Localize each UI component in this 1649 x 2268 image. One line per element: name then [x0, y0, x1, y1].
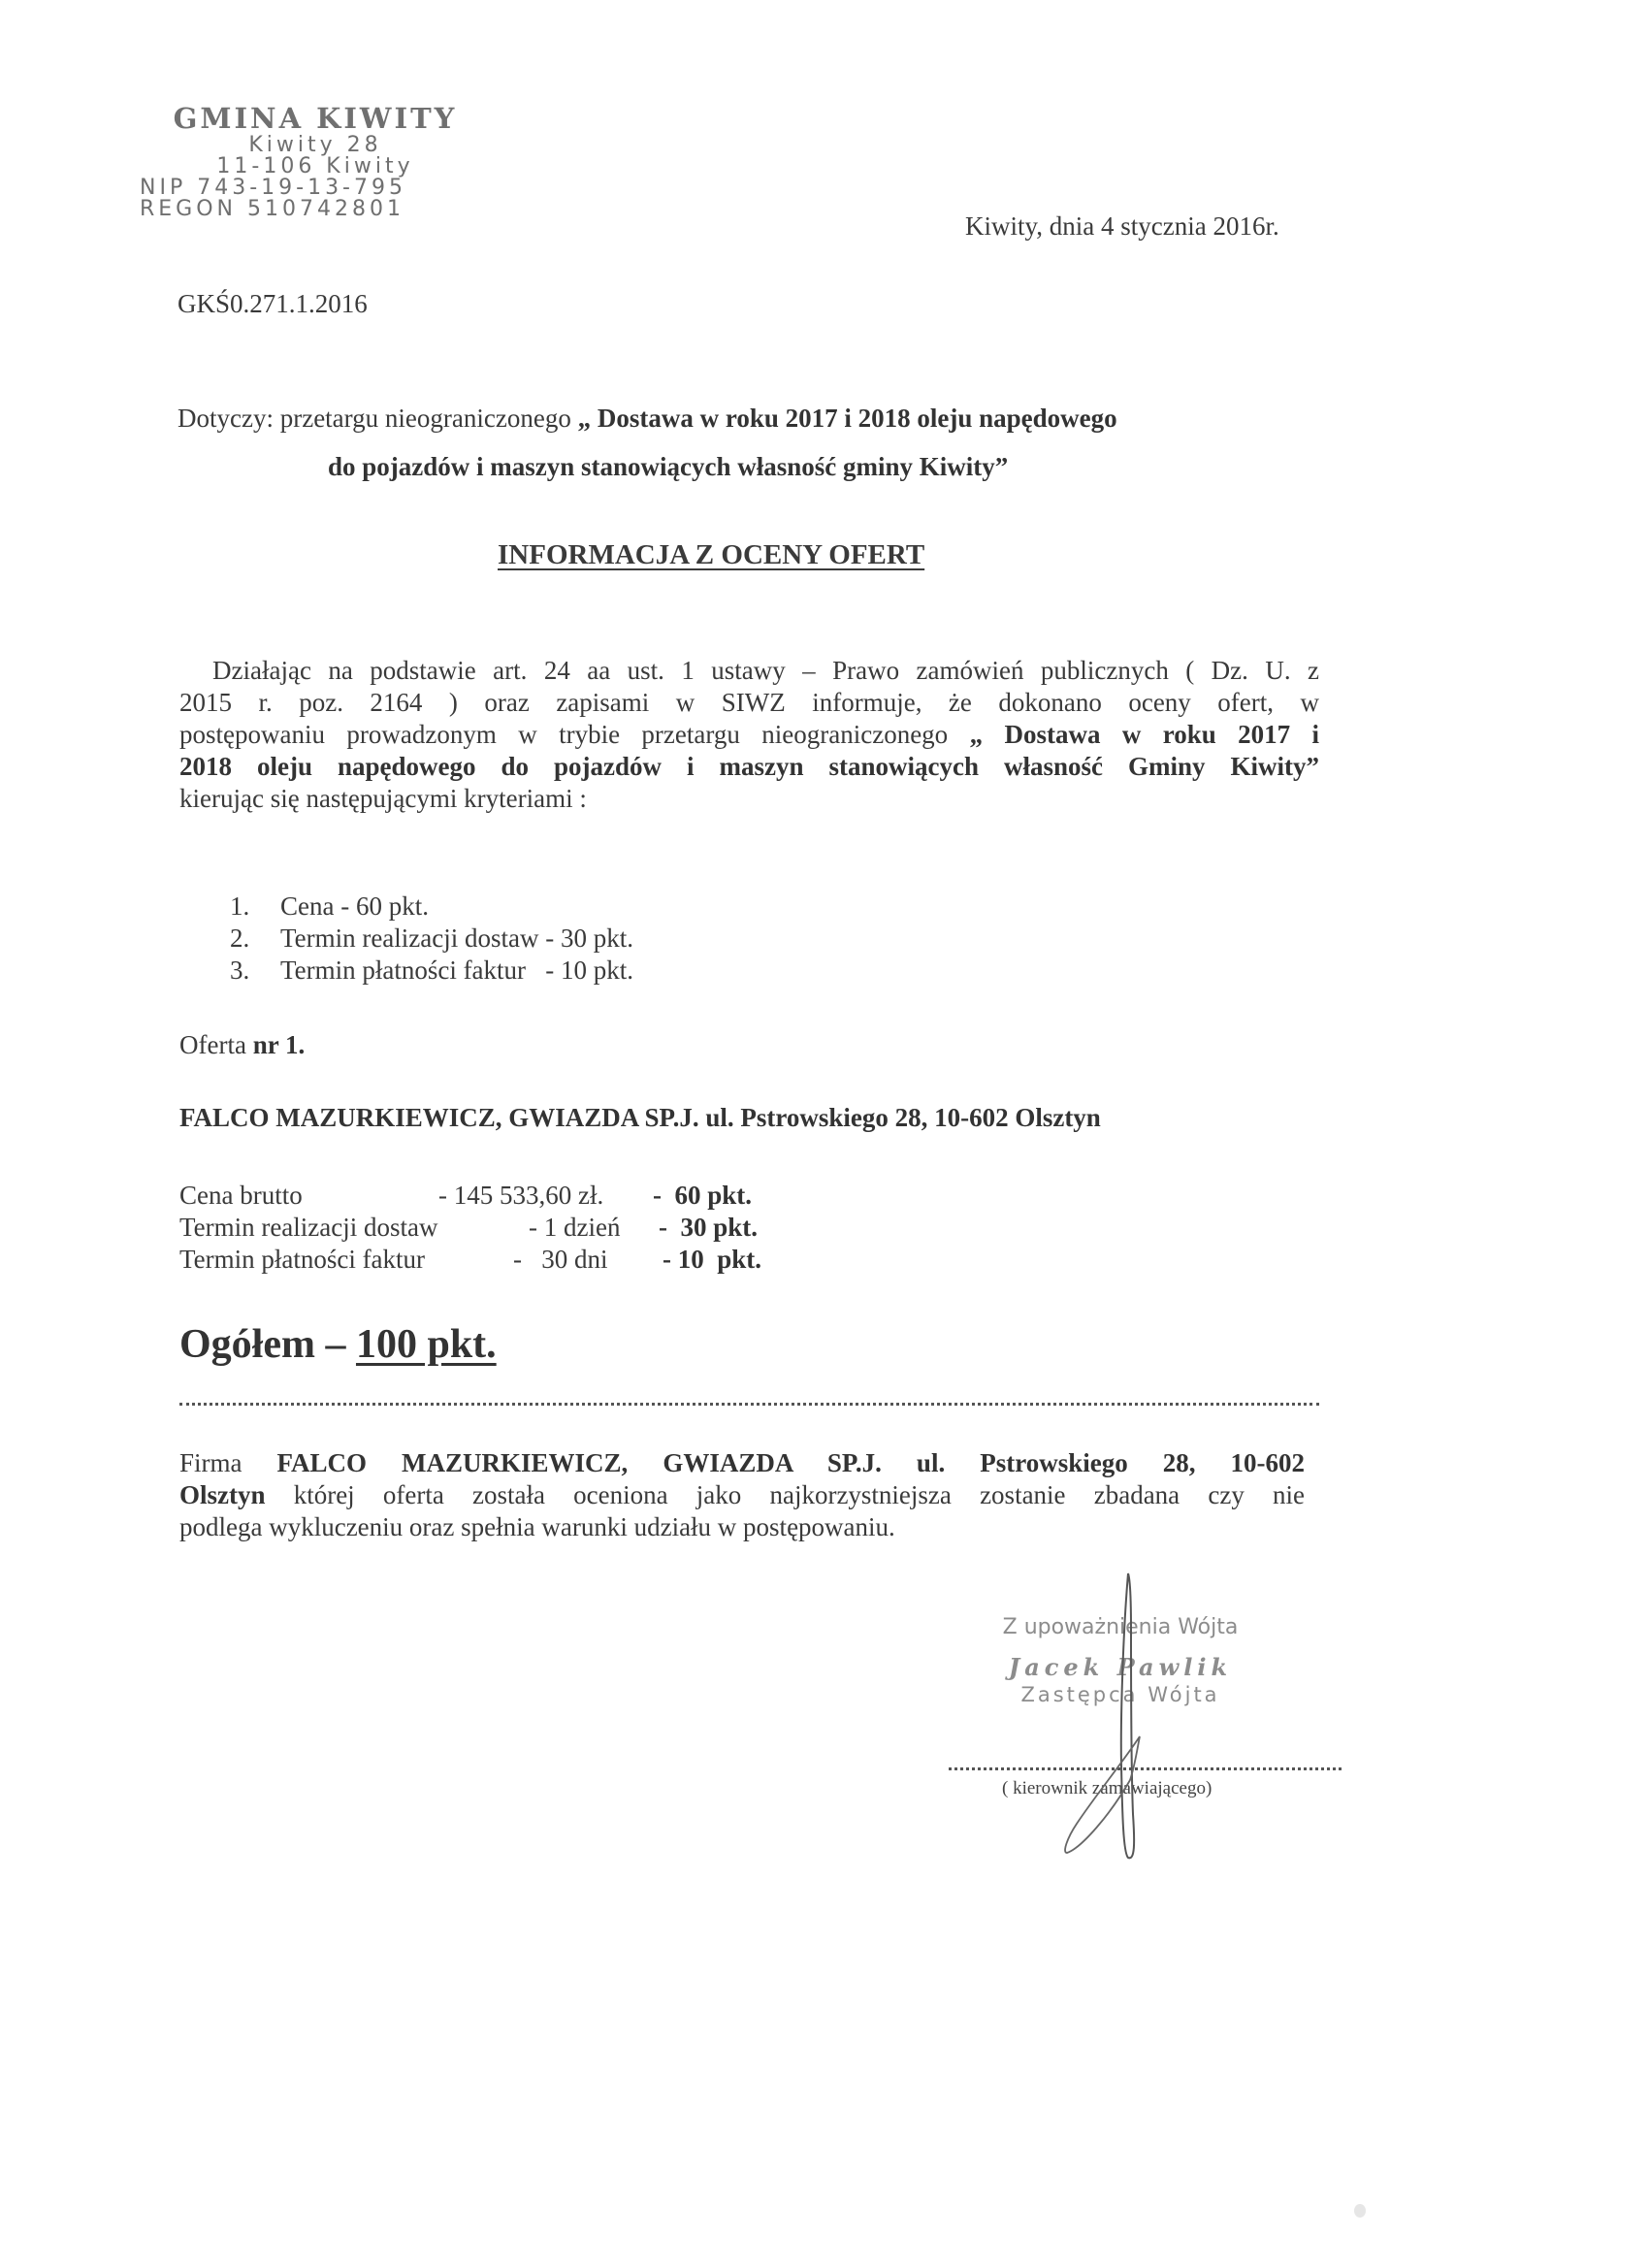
paragraph-line: postępowaniu prowadzonym w trybie przeta… — [179, 719, 1319, 751]
stamp-nip: NIP 743-19-13-795 — [136, 178, 495, 199]
offer-number: nr 1. — [253, 1030, 306, 1059]
paragraph-text: której oferta została oceniona jako najk… — [266, 1480, 1305, 1509]
stamp-regon: REGON 510742801 — [136, 199, 495, 220]
offer-label: Oferta nr 1. — [179, 1030, 305, 1060]
municipality-stamp: GMINA KIWITY Kiwity 28 11-106 Kiwity NIP… — [136, 105, 495, 220]
intro-paragraph: Działając na podstawie art. 24 aa ust. 1… — [179, 655, 1319, 815]
reference-number: GKŚ0.271.1.2016 — [178, 289, 368, 319]
offer-scores: Cena brutto - 145 533,60 zł. - 60 pkt. T… — [179, 1180, 858, 1276]
criteria-item: 3. Termin płatności faktur - 10 pkt. — [230, 955, 633, 987]
handwritten-signature-icon — [1028, 1571, 1145, 1872]
criteria-number: 3. — [230, 955, 280, 987]
offer-label-text: Oferta — [179, 1030, 253, 1059]
criteria-text: Termin płatności faktur - 10 pkt. — [280, 955, 633, 987]
offer-company: FALCO MAZURKIEWICZ, GWIAZDA SP.J. ul. Ps… — [179, 1103, 1101, 1133]
score-points: - 10 pkt. — [663, 1244, 761, 1276]
total-label: Ogółem – — [179, 1322, 356, 1367]
score-row: Cena brutto - 145 533,60 zł. - 60 pkt. — [179, 1180, 858, 1212]
criteria-number: 1. — [230, 891, 280, 923]
score-row: Termin realizacji dostaw - 1 dzień - 30 … — [179, 1212, 858, 1244]
score-value: - 1 dzień — [529, 1212, 620, 1244]
conclusion-paragraph: Firma FALCO MAZURKIEWICZ, GWIAZDA SP.J. … — [179, 1447, 1305, 1543]
winner-city: Olsztyn — [179, 1480, 266, 1509]
score-criterion: Cena brutto — [179, 1180, 303, 1212]
tender-title: „ Dostawa w roku 2017 i — [970, 720, 1319, 749]
signature-line — [949, 1767, 1342, 1770]
criteria-item: 2. Termin realizacji dostaw - 30 pkt. — [230, 923, 633, 955]
place-date: Kiwity, dnia 4 stycznia 2016r. — [965, 211, 1279, 242]
dotted-separator — [179, 1403, 1319, 1406]
score-criterion: Termin realizacji dostaw — [179, 1212, 438, 1244]
stamp-street: Kiwity 28 — [136, 135, 495, 156]
score-points: - 30 pkt. — [659, 1212, 758, 1244]
criteria-text: Cena - 60 pkt. — [280, 891, 429, 923]
criteria-number: 2. — [230, 923, 280, 955]
total-points: 100 pkt. — [356, 1322, 497, 1367]
tender-title: 2018 oleju napędowego do pojazdów i masz… — [179, 751, 1319, 783]
paragraph-line: 2015 r. poz. 2164 ) oraz zapisami w SIWZ… — [179, 687, 1319, 719]
paragraph-line: Firma FALCO MAZURKIEWICZ, GWIAZDA SP.J. … — [179, 1447, 1305, 1479]
score-points: - 60 pkt. — [653, 1180, 752, 1212]
paragraph-text: postępowaniu prowadzonym w trybie przeta… — [179, 720, 970, 749]
paragraph-line: Olsztyn której oferta została oceniona j… — [179, 1479, 1305, 1511]
criteria-item: 1. Cena - 60 pkt. — [230, 891, 633, 923]
subject-line-1: Dotyczy: przetargu nieograniczonego „ Do… — [178, 404, 1117, 434]
subject-prefix: Dotyczy: przetargu nieograniczonego — [178, 404, 578, 433]
score-criterion: Termin płatności faktur — [179, 1244, 425, 1276]
subject-title-2: do pojazdów i maszyn stanowiących własno… — [328, 452, 1008, 482]
paragraph-line: podlega wykluczeniu oraz spełnia warunki… — [179, 1511, 1305, 1543]
subject-title-1: „ Dostawa w roku 2017 i 2018 oleju napęd… — [578, 404, 1117, 433]
score-value: - 30 dni — [513, 1244, 608, 1276]
stamp-name: GMINA KIWITY — [136, 105, 495, 133]
document-heading: INFORMACJA Z OCENY OFERT — [498, 539, 924, 571]
total-score: Ogółem – 100 pkt. — [179, 1321, 497, 1368]
stamp-postal: 11-106 Kiwity — [136, 156, 495, 178]
criteria-text: Termin realizacji dostaw - 30 pkt. — [280, 923, 633, 955]
score-row: Termin płatności faktur - 30 dni - 10 pk… — [179, 1244, 858, 1276]
winner-company: FALCO MAZURKIEWICZ, GWIAZDA SP.J. ul. Ps… — [277, 1448, 1305, 1477]
paragraph-line: kierując się następującymi kryteriami : — [179, 783, 1319, 815]
score-value: - 145 533,60 zł. — [438, 1180, 603, 1212]
paragraph-line: Działając na podstawie art. 24 aa ust. 1… — [179, 655, 1319, 687]
paragraph-text: Firma — [179, 1448, 277, 1477]
criteria-list: 1. Cena - 60 pkt. 2. Termin realizacji d… — [230, 891, 633, 987]
scan-speck — [1354, 2204, 1366, 2218]
